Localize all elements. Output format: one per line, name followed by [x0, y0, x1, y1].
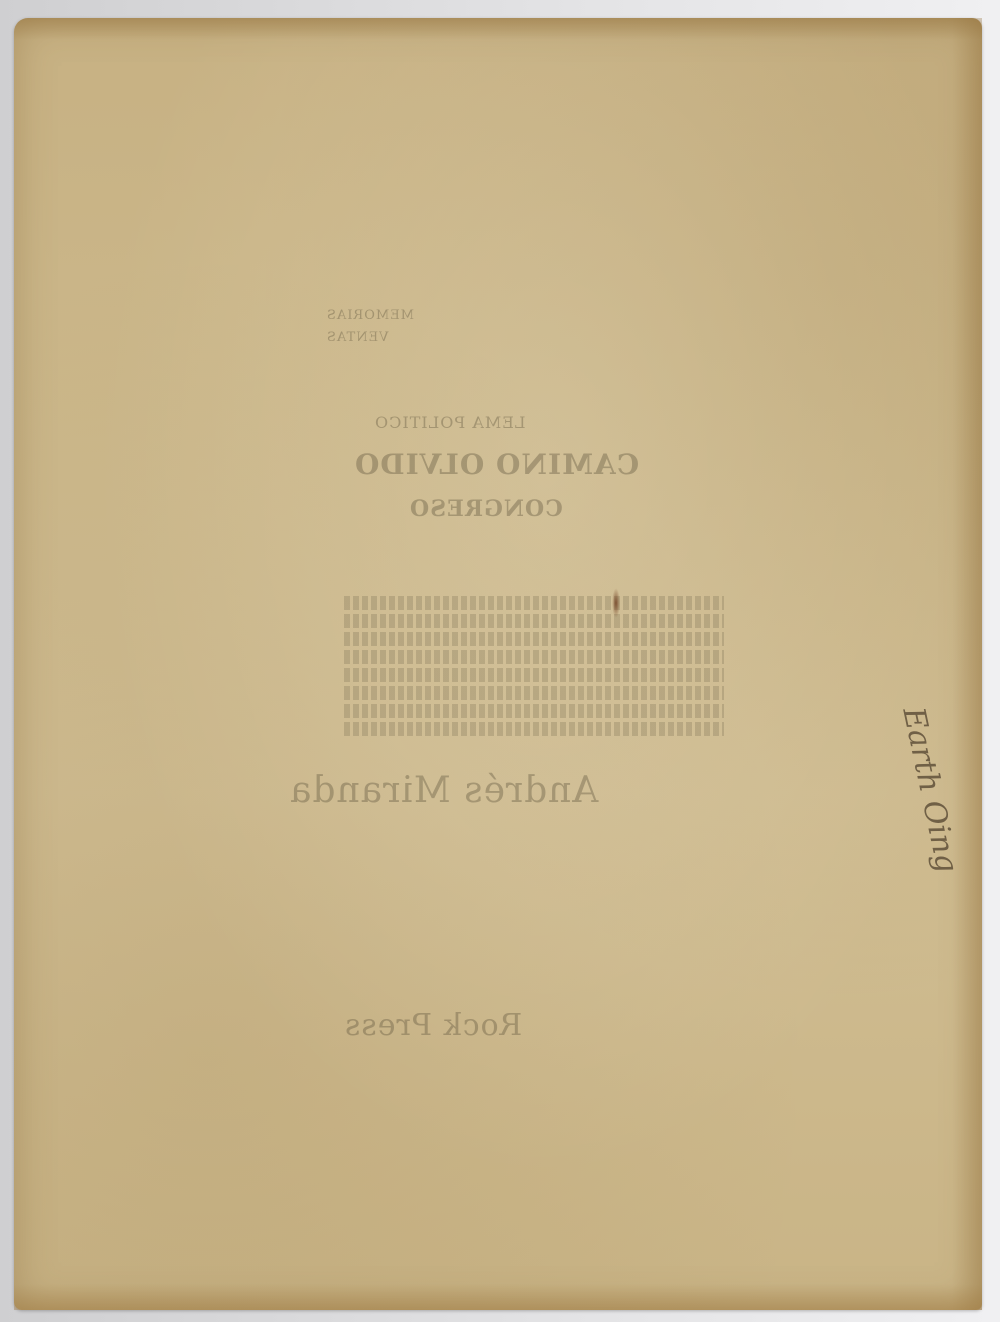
ink-stain	[612, 588, 620, 618]
paper-edge-bottom	[14, 1284, 982, 1310]
bleed-text-heading: CAMINO OLVIDO	[354, 448, 639, 481]
handwritten-inscription: Earth Oing	[880, 660, 980, 920]
bleed-text-publisher: Rock Press	[344, 1008, 522, 1043]
bleed-text-subheading: CONGRESO	[409, 496, 563, 522]
paper-cover: MEMORIAS VENTAS LEMA POLITICO CAMINO OLV…	[14, 18, 982, 1310]
bleed-text-author: Andrés Miranda	[289, 770, 598, 811]
bleed-text-line: MEMORIAS	[326, 308, 414, 323]
paper-edge-top	[14, 18, 982, 40]
bleed-text-line: LEMA POLITICO	[374, 413, 526, 432]
bleed-text-line: VENTAS	[326, 330, 389, 345]
bleed-text-paragraph	[344, 596, 724, 740]
handwriting-text: Earth Oing	[895, 704, 964, 875]
